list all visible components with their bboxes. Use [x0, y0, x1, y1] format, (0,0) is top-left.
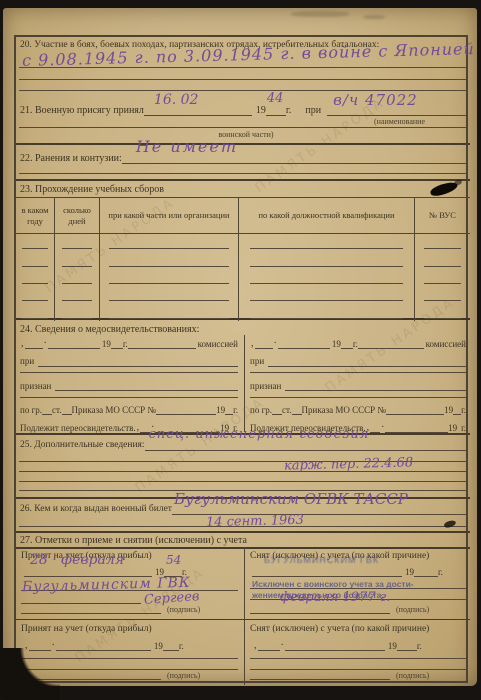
- blank-line: [285, 639, 385, 651]
- removal-reason-stamp-line1: Исключен с воинского учета за дости-: [252, 579, 414, 589]
- order-label: Приказа МО СССР №: [302, 405, 386, 415]
- accept-header: Принят на учет (откуда прибыл): [21, 624, 152, 635]
- blank-line: [42, 403, 52, 415]
- issuing-office-handwriting: Бугульминским ОГВК ТАССР: [174, 490, 408, 508]
- blank-line: [285, 379, 466, 391]
- section26-label: 26. Кем и когда выдан военный билет: [20, 504, 172, 515]
- blank-line: [397, 639, 417, 651]
- blank-line: [370, 421, 380, 433]
- section21-row: 21. Военную присягу принял 16. 02 19 44 …: [20, 101, 466, 116]
- blank-line: [278, 337, 330, 349]
- section23-title: 23. Прохождение учебных сборов: [20, 184, 164, 196]
- rule-line: [19, 173, 467, 174]
- blank-line: [358, 337, 424, 349]
- year-suffix: г.: [179, 641, 184, 651]
- order-label: Приказа МО СССР №: [72, 405, 156, 415]
- blank-line: спец. инженерная геодезия: [145, 439, 466, 451]
- blank-line: [255, 337, 273, 349]
- additional-info-handwriting: спец. инженерная геодезия: [149, 427, 370, 442]
- blank-line: 16. 02: [144, 104, 252, 116]
- ink-blot: [443, 519, 456, 528]
- caption-unit-name-1: (наименование: [374, 117, 425, 126]
- rule-line: [20, 397, 238, 398]
- year-prefix: 19: [100, 339, 111, 349]
- blank-line: [156, 403, 216, 415]
- rule-line: [20, 372, 238, 373]
- section22-label: 22. Ранения и контузии:: [20, 153, 122, 165]
- commission-label: комиссией: [196, 339, 238, 349]
- row-divider: [16, 619, 470, 620]
- group-label: по гр.: [250, 405, 272, 415]
- form-body: 20. Участие в боях, боевых походах, парт…: [14, 35, 468, 683]
- year-prefix: 19: [448, 423, 457, 433]
- signature-caption: (подпись): [161, 605, 200, 614]
- section-divider: [16, 531, 470, 533]
- blank-line: Бугульминским ОГВК ТАССР: [172, 503, 466, 515]
- blank-line: [48, 337, 100, 349]
- scan-corner-shadow: [0, 648, 60, 700]
- table-row: [16, 251, 470, 268]
- at-label: при: [250, 356, 268, 366]
- group-label: по гр.: [20, 405, 42, 415]
- blank-line: [250, 668, 390, 680]
- section25-row: 25. Дополнительные сведения: спец. инжен…: [20, 438, 466, 451]
- section-divider: [16, 179, 470, 181]
- remove-sign-row: (подпись): [250, 668, 467, 680]
- blank-line: [111, 337, 123, 349]
- commission-label: комиссией: [424, 339, 466, 349]
- column-divider: [244, 547, 245, 685]
- paper-sheet: ПАМЯТЬ НАРОДА ПАМЯТЬ НАРОДА ПАМЯТЬ НАРОД…: [3, 8, 477, 686]
- blank-line: [25, 337, 43, 349]
- article-label: ст.: [52, 405, 62, 415]
- med-exam-block-right: , · 19 г. комиссией при признан: [250, 337, 466, 433]
- section-divider: [16, 143, 470, 145]
- blank-line: [56, 639, 151, 651]
- remove-header: Снят (исключен) с учета (по какой причин…: [250, 624, 429, 635]
- issue-date-handwriting: 14 сент. 1963: [206, 513, 304, 531]
- year-suffix: г.: [438, 567, 443, 577]
- removal-date-handwriting: февраля 1977 г.: [280, 590, 390, 605]
- med-recognized-row: признан: [250, 379, 466, 391]
- year-suffix: г.: [417, 641, 422, 651]
- blank-line: [21, 602, 161, 614]
- recognized-label: признан: [250, 381, 285, 391]
- rule-line: [250, 372, 466, 373]
- table-row: [16, 234, 470, 251]
- blank-line: в/ч 47022: [327, 104, 466, 116]
- accept-year-handwriting: 54: [166, 553, 181, 567]
- accept-date-row: 28 · февраля 19 54 г.: [24, 564, 238, 577]
- table-header-row: в каком году сколько дней при какой част…: [16, 198, 470, 234]
- year-suffix: г.: [457, 423, 466, 433]
- blank-line: [38, 355, 238, 367]
- article-label: ст.: [282, 405, 292, 415]
- reexam-label: Подлежит переосвидетельств.: [20, 423, 136, 433]
- wounds-handwriting: Не имеет: [136, 137, 238, 156]
- year-prefix: 19: [216, 405, 225, 415]
- blank-line: 28 · февраля: [24, 565, 152, 577]
- rule-line: [19, 471, 467, 472]
- col-header-qualification: по какой должностной квалификации: [239, 198, 415, 233]
- blank-line: [268, 355, 466, 367]
- med-date-row: , · 19 г. комиссией: [250, 337, 466, 349]
- section22-row: 22. Ранения и контузии: Не имеет: [20, 150, 466, 164]
- signature-caption: (подпись): [161, 671, 200, 680]
- blank-line: 44: [266, 104, 286, 116]
- section26-row: 26. Кем и когда выдан военный билет Бугу…: [20, 502, 466, 515]
- col-header-unit: при какой части или организации: [100, 198, 239, 233]
- remove-date-row: БУГУЛЬМИНСКИМ ГВК 19 г.: [252, 564, 466, 577]
- year-suffix: г.: [461, 405, 466, 415]
- rule-line: [250, 658, 467, 659]
- oath-year-handwriting: 44: [267, 91, 284, 106]
- blank-line: февраля 1977 г.: [250, 602, 390, 614]
- section25-label: 25. Дополнительные сведения:: [20, 440, 145, 451]
- accept-sign-row: (подпись): [21, 602, 238, 614]
- year-prefix: 19: [444, 405, 453, 415]
- blank-line: [62, 403, 72, 415]
- col-header-vus: № ВУС: [415, 198, 470, 233]
- signature-caption: (подпись): [390, 671, 429, 680]
- med-recognized-row: признан: [20, 379, 238, 391]
- ink-blot: [453, 179, 462, 186]
- col-header-year: в каком году: [16, 198, 55, 233]
- at-label: при: [20, 356, 38, 366]
- rule-line: [19, 79, 467, 80]
- med-order-row: по гр. ст. Приказа МО СССР № 19 г.: [20, 403, 238, 415]
- recognized-label: признан: [20, 381, 55, 391]
- blank-line: [258, 639, 280, 651]
- year-prefix: 19: [252, 105, 266, 117]
- med-exam-block-left: , · 19 г. комиссией при признан: [20, 337, 238, 433]
- rule-line: [250, 397, 466, 398]
- rule-line: [19, 127, 467, 128]
- blank-line: [292, 403, 302, 415]
- med-order-row: по гр. ст. Приказа МО СССР № 19 г.: [250, 403, 466, 415]
- section24-title: 24. Сведения о медосвидетельствованиях:: [20, 324, 199, 336]
- med-at-row: при: [250, 355, 466, 367]
- blank-line: [414, 565, 438, 577]
- year-suffix: г.: [233, 405, 238, 415]
- pencil-smudge: [291, 11, 349, 17]
- section-divider: [16, 547, 470, 549]
- oath-date-handwriting: 16. 02: [154, 92, 199, 108]
- remove-date-row-empty: , · 19 г.: [253, 638, 463, 651]
- blank-line: [55, 379, 238, 391]
- section21-label: 21. Военную присягу принял: [20, 105, 144, 117]
- training-camps-table: в каком году сколько дней при какой част…: [16, 197, 470, 320]
- remove-sign-row: февраля 1977 г. (подпись): [250, 602, 467, 614]
- blank-line: [341, 337, 353, 349]
- scanned-military-document: ПАМЯТЬ НАРОДА ПАМЯТЬ НАРОДА ПАМЯТЬ НАРОД…: [0, 0, 481, 700]
- column-divider: [244, 335, 245, 432]
- unit-handwriting: в/ч 47022: [333, 91, 418, 109]
- blank-line: БУГУЛЬМИНСКИМ ГВК: [252, 565, 402, 577]
- at-label: при: [291, 105, 327, 117]
- signature-caption: (подпись): [390, 605, 429, 614]
- table-row: [16, 286, 470, 303]
- pencil-smudge: [363, 15, 385, 19]
- accept-date-handwriting: 28 · февраля: [30, 552, 124, 568]
- med-at-row: при: [20, 355, 238, 367]
- table-row: [16, 304, 470, 321]
- blank-line: [386, 403, 444, 415]
- blank-line: [272, 403, 282, 415]
- blank-line: Не имеет: [122, 152, 466, 164]
- blank-line: [225, 403, 233, 415]
- year-prefix: 19: [330, 339, 341, 349]
- year-prefix: 19: [402, 567, 414, 577]
- blank-line: [385, 421, 448, 433]
- blank-line: [163, 639, 179, 651]
- year-prefix: 19: [151, 641, 163, 651]
- blank-line: [453, 403, 461, 415]
- year-prefix: 19: [385, 641, 397, 651]
- rule-line: [19, 481, 467, 482]
- med-date-row: , · 19 г. комиссией: [20, 337, 238, 349]
- table-row: [16, 269, 470, 286]
- section27-title: 27. Отметки о приеме и снятии (исключени…: [20, 535, 247, 547]
- col-header-days: сколько дней: [55, 198, 100, 233]
- removal-office-stamp: БУГУЛЬМИНСКИМ ГВК: [264, 555, 379, 565]
- blank-line: [128, 337, 196, 349]
